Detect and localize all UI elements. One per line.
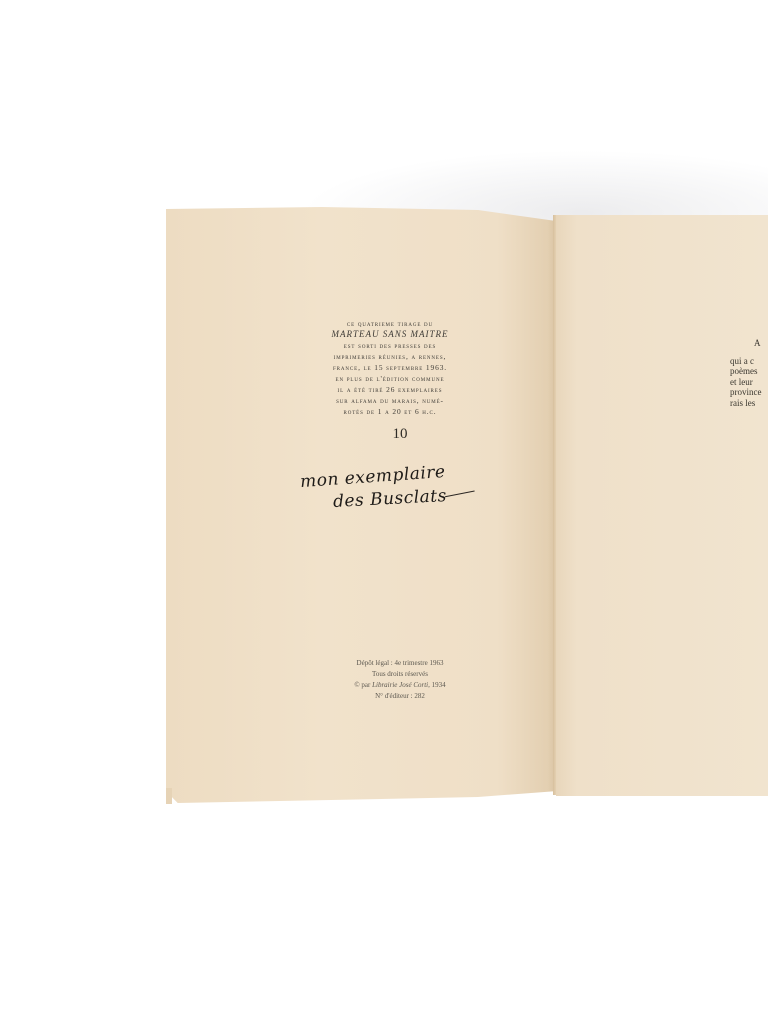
copyright-year: 1934 <box>432 681 446 689</box>
colophon-line: SUR ALFAMA DU MARAIS, NUMÉ- <box>303 395 477 406</box>
colophon-line: EST SORTI DES PRESSES DES <box>303 340 477 351</box>
right-page-line: poèmes <box>730 366 768 377</box>
colophon-line: EN PLUS DE L'ÉDITION COMMUNE <box>303 373 477 384</box>
copy-number: 10 <box>380 426 420 443</box>
publisher-name: Librairie José Corti, <box>372 681 430 689</box>
rights-reserved: Tous droits réservés <box>320 669 480 680</box>
colophon-text: CE QUATRIEME TIRAGE DU MARTEAU SANS MAIT… <box>303 318 477 417</box>
colophon-line: ROTÉS DE 1 A 20 ET 6 H.C. <box>303 406 477 417</box>
colophon-book-title: MARTEAU SANS MAITRE <box>303 329 477 340</box>
legal-deposit: Dépôt légal : 4e trimestre 1963 <box>320 658 480 669</box>
right-page-heading: A <box>754 338 768 349</box>
colophon-line: FRANCE, LE 15 SEPTEMBRE 1963. <box>303 362 477 373</box>
colophon-line: IL A ÉTÉ TIRÉ 26 EXEMPLAIRES <box>303 384 477 395</box>
colophon-line: IMPRIMERIES RÉUNIES, A RENNES, <box>303 351 477 362</box>
colophon-line: CE QUATRIEME TIRAGE DU <box>303 318 477 329</box>
legal-notice: Dépôt légal : 4e trimestre 1963 Tous dro… <box>320 658 480 702</box>
right-page-line: rais les <box>730 398 768 409</box>
right-page-text: A qui a c poèmes et leur province rais l… <box>730 338 768 408</box>
copyright-line: © par Librairie José Corti, 1934 <box>320 680 480 691</box>
right-page <box>556 215 768 796</box>
right-page-line: qui a c <box>730 356 768 367</box>
left-page-edge <box>166 788 172 804</box>
publisher-number: N° d'éditeur : 282 <box>320 691 480 702</box>
right-page-line: et leur <box>730 377 768 388</box>
right-page-line: province <box>730 387 768 398</box>
copyright-prefix: © par <box>354 681 370 689</box>
